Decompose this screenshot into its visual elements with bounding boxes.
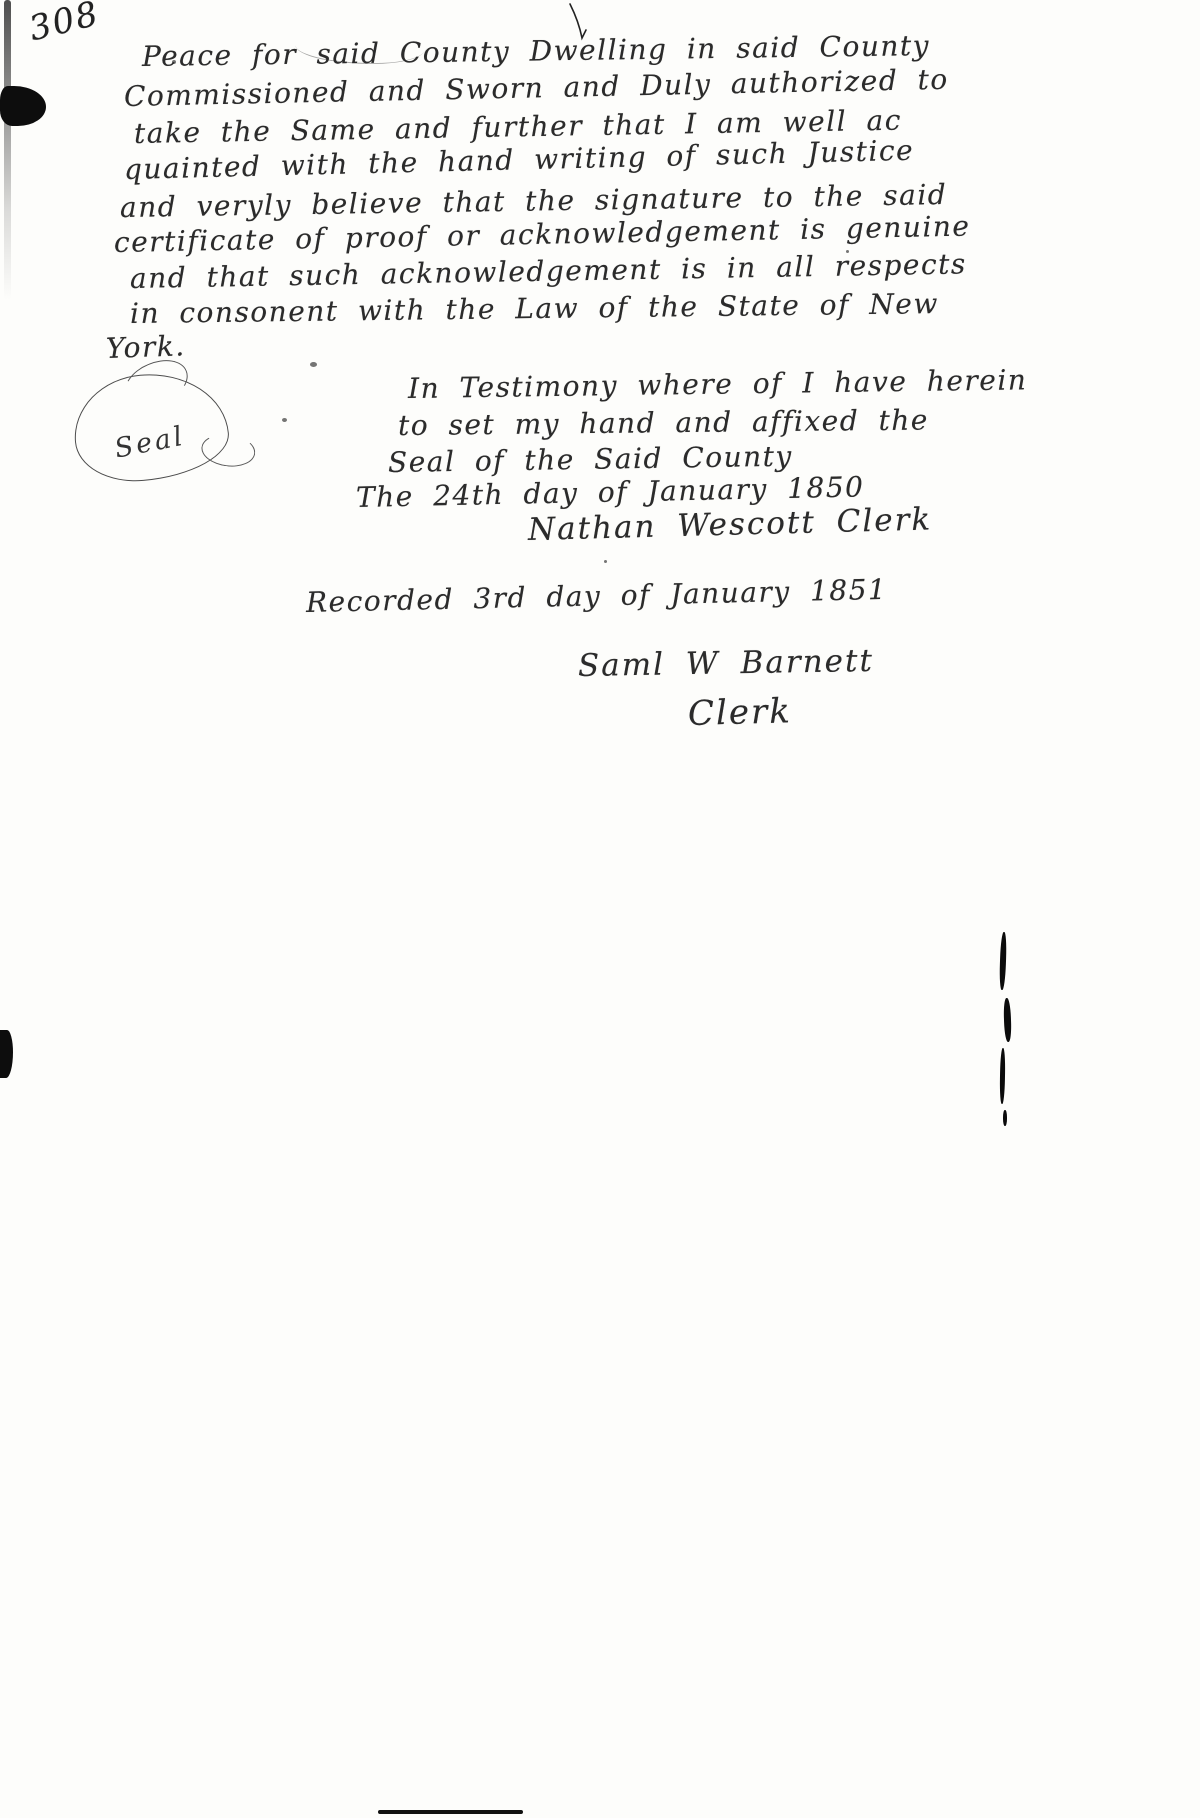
ink-speck: [282, 418, 287, 422]
recorded-line: Recorded 3rd day of January 1851: [306, 573, 888, 619]
page-number: 308: [25, 0, 103, 49]
seal-label: Seal: [112, 421, 188, 465]
scan-edge-shadow: [4, 0, 11, 300]
ink-blot: [0, 86, 46, 126]
handwritten-line: in consonent with the Law of the State o…: [130, 287, 939, 330]
ink-speck: [310, 362, 317, 367]
ink-speck: [604, 560, 607, 563]
testimony-line: In Testimony where of I have herein: [408, 363, 1028, 405]
recorder-title: Clerk: [687, 691, 792, 734]
ink-streak: [1003, 998, 1012, 1042]
ink-blot: [0, 1030, 13, 1078]
ink-streak: [999, 932, 1007, 990]
scanned-document-page: 308 Peace for said County Dwelling in sa…: [0, 0, 1200, 1818]
scan-bottom-mark: [378, 1810, 523, 1814]
handwritten-line: York.: [105, 329, 186, 365]
ink-streak: [1003, 1110, 1007, 1126]
testimony-line: to set my hand and affixed the: [398, 403, 929, 442]
recorder-signature: Saml W Barnett: [578, 643, 875, 684]
ink-streak: [1000, 1048, 1006, 1104]
seal-drawing: Seal: [70, 367, 233, 486]
